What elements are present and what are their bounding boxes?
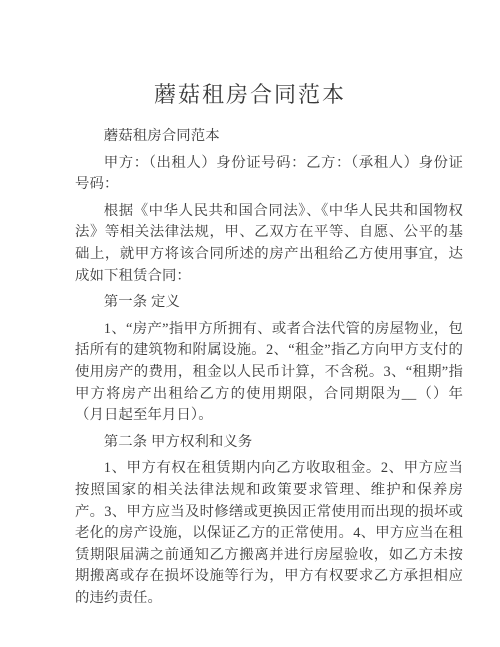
paragraph-article-2-body: 1、甲方有权在租赁期内向乙方收取租金。2、甲方应当按照国家的相关法律法规和政策要… [75, 458, 463, 609]
document-page: 蘑菇租房合同范本 蘑菇租房合同范本 甲方：（出租人）身份证号码：乙方：（承租人）… [0, 0, 500, 647]
heading-article-2-party-a-rights: 第二条 甲方权利和义务 [75, 432, 463, 454]
paragraph-parties: 甲方：（出租人）身份证号码：乙方：（承租人）身份证号码： [75, 153, 463, 196]
paragraph-preamble: 根据《中华人民共和国合同法》、《中华人民共和国物权法》等相关法律法规，甲、乙双方… [75, 201, 463, 287]
paragraph-subtitle: 蘑菇租房合同范本 [75, 126, 463, 148]
document-title: 蘑菇租房合同范本 [0, 82, 500, 108]
paragraph-article-1-body: 1、“房产”指甲方所拥有、或者合法代管的房屋物业，包括所有的建筑物和附属设施。2… [75, 319, 463, 427]
heading-article-1-definitions: 第一条 定义 [75, 292, 463, 314]
